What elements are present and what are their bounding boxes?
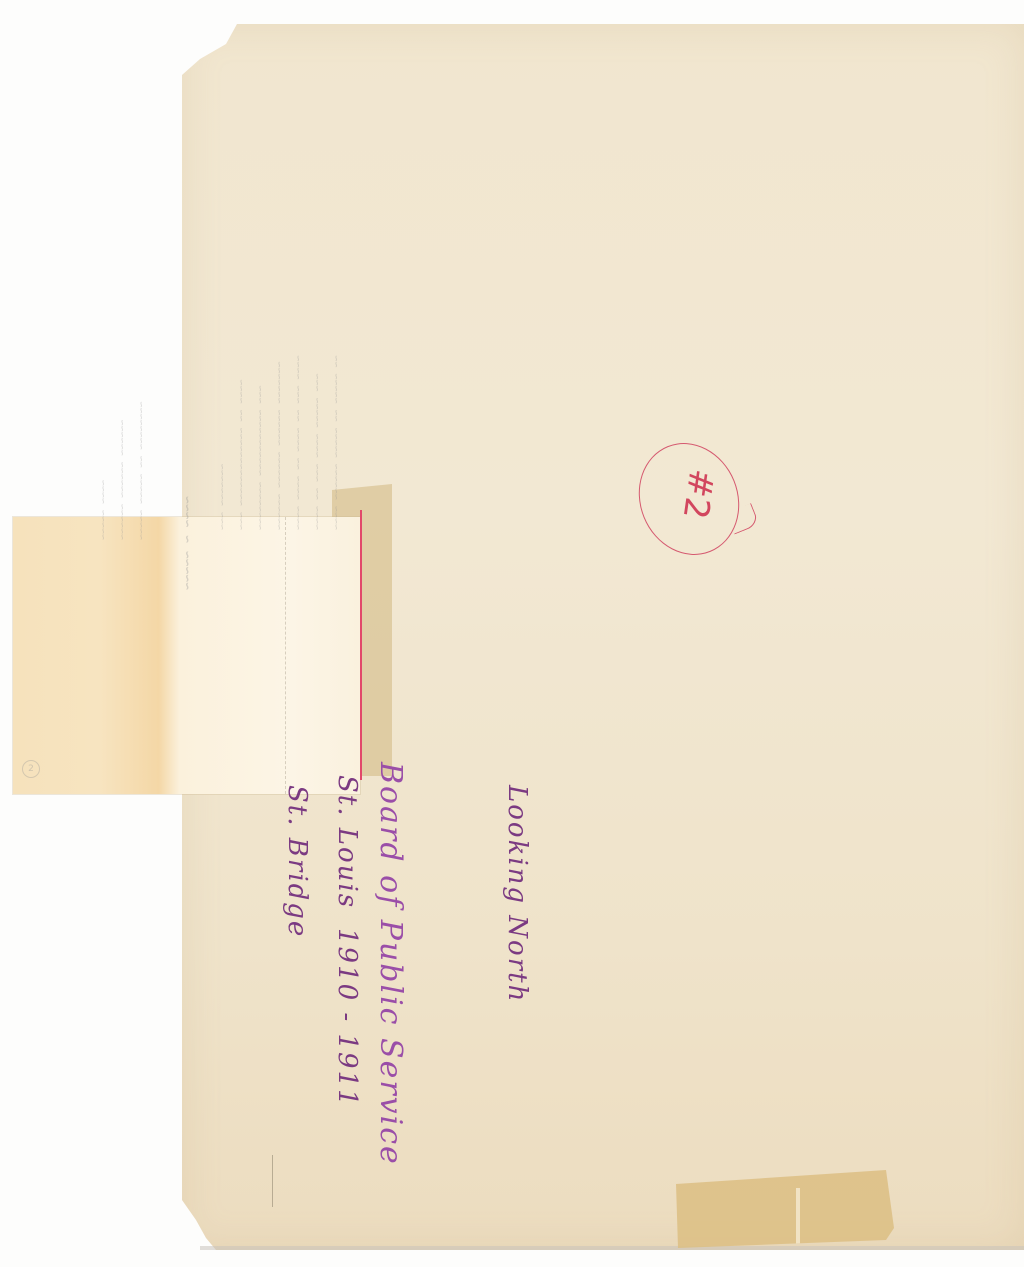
tape-crease <box>796 1188 800 1246</box>
city-text: St. Louis <box>332 775 362 909</box>
sheet-bottom-edge <box>200 1246 1024 1250</box>
label-show-through-fields: ~~~~~ ~~~~~ ~~ ~~~~~~~~ ~~~~~~ ~~~~~~ ~~… <box>93 402 150 540</box>
label-fold-line <box>285 517 287 794</box>
pencil-scratch <box>272 1155 273 1207</box>
label-red-rule <box>360 510 362 780</box>
label-corner-mark: 2 <box>22 760 40 778</box>
bridge-text: St. Bridge <box>282 785 312 938</box>
label-show-through-body: ~~~~ ~~~~~~ ~~~~~ ~~ ~~~~~ ~~ ~~~~ ~~ ~~… <box>212 355 345 530</box>
circled-number: #2 <box>674 462 722 527</box>
label-show-through-heading: ~~~~~ ~ ~~~~ <box>177 496 196 590</box>
looking-north-text: Looking North <box>502 785 532 1003</box>
years-text: 1910 - 1911 <box>332 928 362 1108</box>
agency-text: Board of Public Service <box>373 762 408 1166</box>
